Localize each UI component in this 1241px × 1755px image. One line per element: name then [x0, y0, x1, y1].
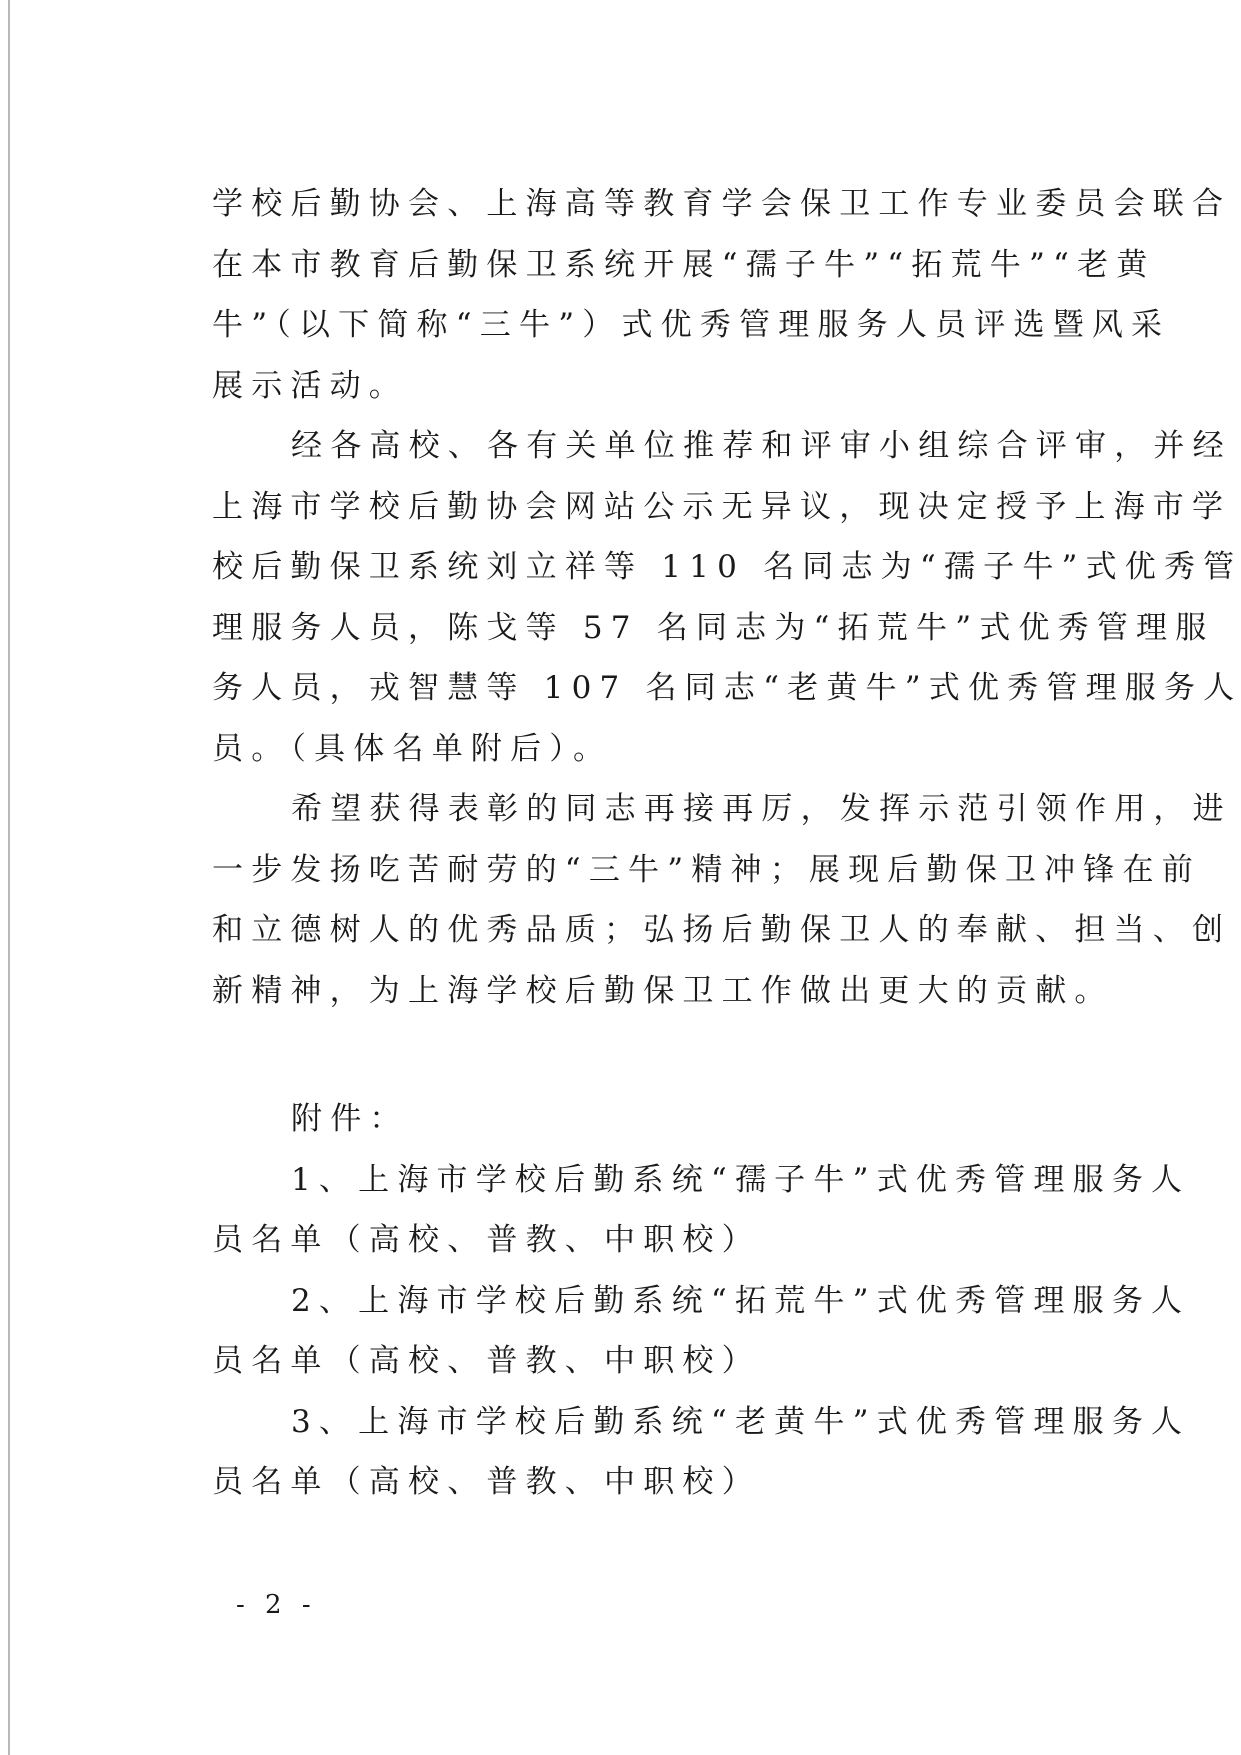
- paragraph-hope: 希望获得表彰的同志再接再厉，发挥示范引领作用，进 一步发扬吃苦耐劳的“三牛”精神…: [212, 787, 1046, 1029]
- attachment-item-3: 3、上海市学校后勤系统“老黄牛”式优秀管理服务人 员名单（高校、普教、中职校）: [212, 1400, 1046, 1521]
- attachment-title-line: 员名单（高校、普教、中职校）: [212, 1218, 1046, 1279]
- blank-spacer: [212, 1029, 1046, 1097]
- page-number: - 2 -: [236, 1590, 317, 1620]
- attachments-section: 附件： 1、上海市学校后勤系统“孺子牛”式优秀管理服务人 员名单（高校、普教、中…: [212, 1097, 1046, 1521]
- attachments-heading: 附件：: [212, 1097, 1046, 1158]
- text-line: 学校后勤协会、上海高等教育学会保卫工作专业委员会联合: [212, 182, 1046, 243]
- text-line: 希望获得表彰的同志再接再厉，发挥示范引领作用，进: [212, 787, 1046, 848]
- attachment-item-2: 2、上海市学校后勤系统“拓荒牛”式优秀管理服务人 员名单（高校、普教、中职校）: [212, 1279, 1046, 1400]
- text-line: 一步发扬吃苦耐劳的“三牛”精神；展现后勤保卫冲锋在前: [212, 848, 1046, 909]
- attachment-title-line: 员名单（高校、普教、中职校）: [212, 1460, 1046, 1521]
- text-line: 校后勤保卫系统刘立祥等 110 名同志为“孺子牛”式优秀管: [212, 545, 1046, 606]
- text-line: 员。（具体名单附后）。: [212, 727, 1046, 788]
- text-line: 新精神，为上海学校后勤保卫工作做出更大的贡献。: [212, 969, 1046, 1030]
- text-line: 展示活动。: [212, 364, 1046, 425]
- attachment-title-line: 3、上海市学校后勤系统“老黄牛”式优秀管理服务人: [212, 1400, 1046, 1461]
- text-line: 在本市教育后勤保卫系统开展“孺子牛”“拓荒牛”“老黄: [212, 243, 1046, 304]
- text-line: 和立德树人的优秀品质；弘扬后勤保卫人的奉献、担当、创: [212, 908, 1046, 969]
- attachment-title-line: 员名单（高校、普教、中职校）: [212, 1339, 1046, 1400]
- paragraph-decision: 经各高校、各有关单位推荐和评审小组综合评审，并经 上海市学校后勤协会网站公示无异…: [212, 424, 1046, 787]
- text-line: 经各高校、各有关单位推荐和评审小组综合评审，并经: [212, 424, 1046, 485]
- scan-page-edge: [8, 0, 10, 1755]
- document-body: 学校后勤协会、上海高等教育学会保卫工作专业委员会联合 在本市教育后勤保卫系统开展…: [212, 182, 1046, 1521]
- attachment-item-1: 1、上海市学校后勤系统“孺子牛”式优秀管理服务人 员名单（高校、普教、中职校）: [212, 1158, 1046, 1279]
- text-line: 务人员，戎智慧等 107 名同志“老黄牛”式优秀管理服务人: [212, 666, 1046, 727]
- text-line: 理服务人员，陈戈等 57 名同志为“拓荒牛”式优秀管理服: [212, 606, 1046, 667]
- attachment-title-line: 2、上海市学校后勤系统“拓荒牛”式优秀管理服务人: [212, 1279, 1046, 1340]
- attachment-title-line: 1、上海市学校后勤系统“孺子牛”式优秀管理服务人: [212, 1158, 1046, 1219]
- text-line: 上海市学校后勤协会网站公示无异议，现决定授予上海市学: [212, 485, 1046, 546]
- text-line: 牛”（以下简称“三牛”）式优秀管理服务人员评选暨风采: [212, 303, 1046, 364]
- paragraph-intro-continuation: 学校后勤协会、上海高等教育学会保卫工作专业委员会联合 在本市教育后勤保卫系统开展…: [212, 182, 1046, 424]
